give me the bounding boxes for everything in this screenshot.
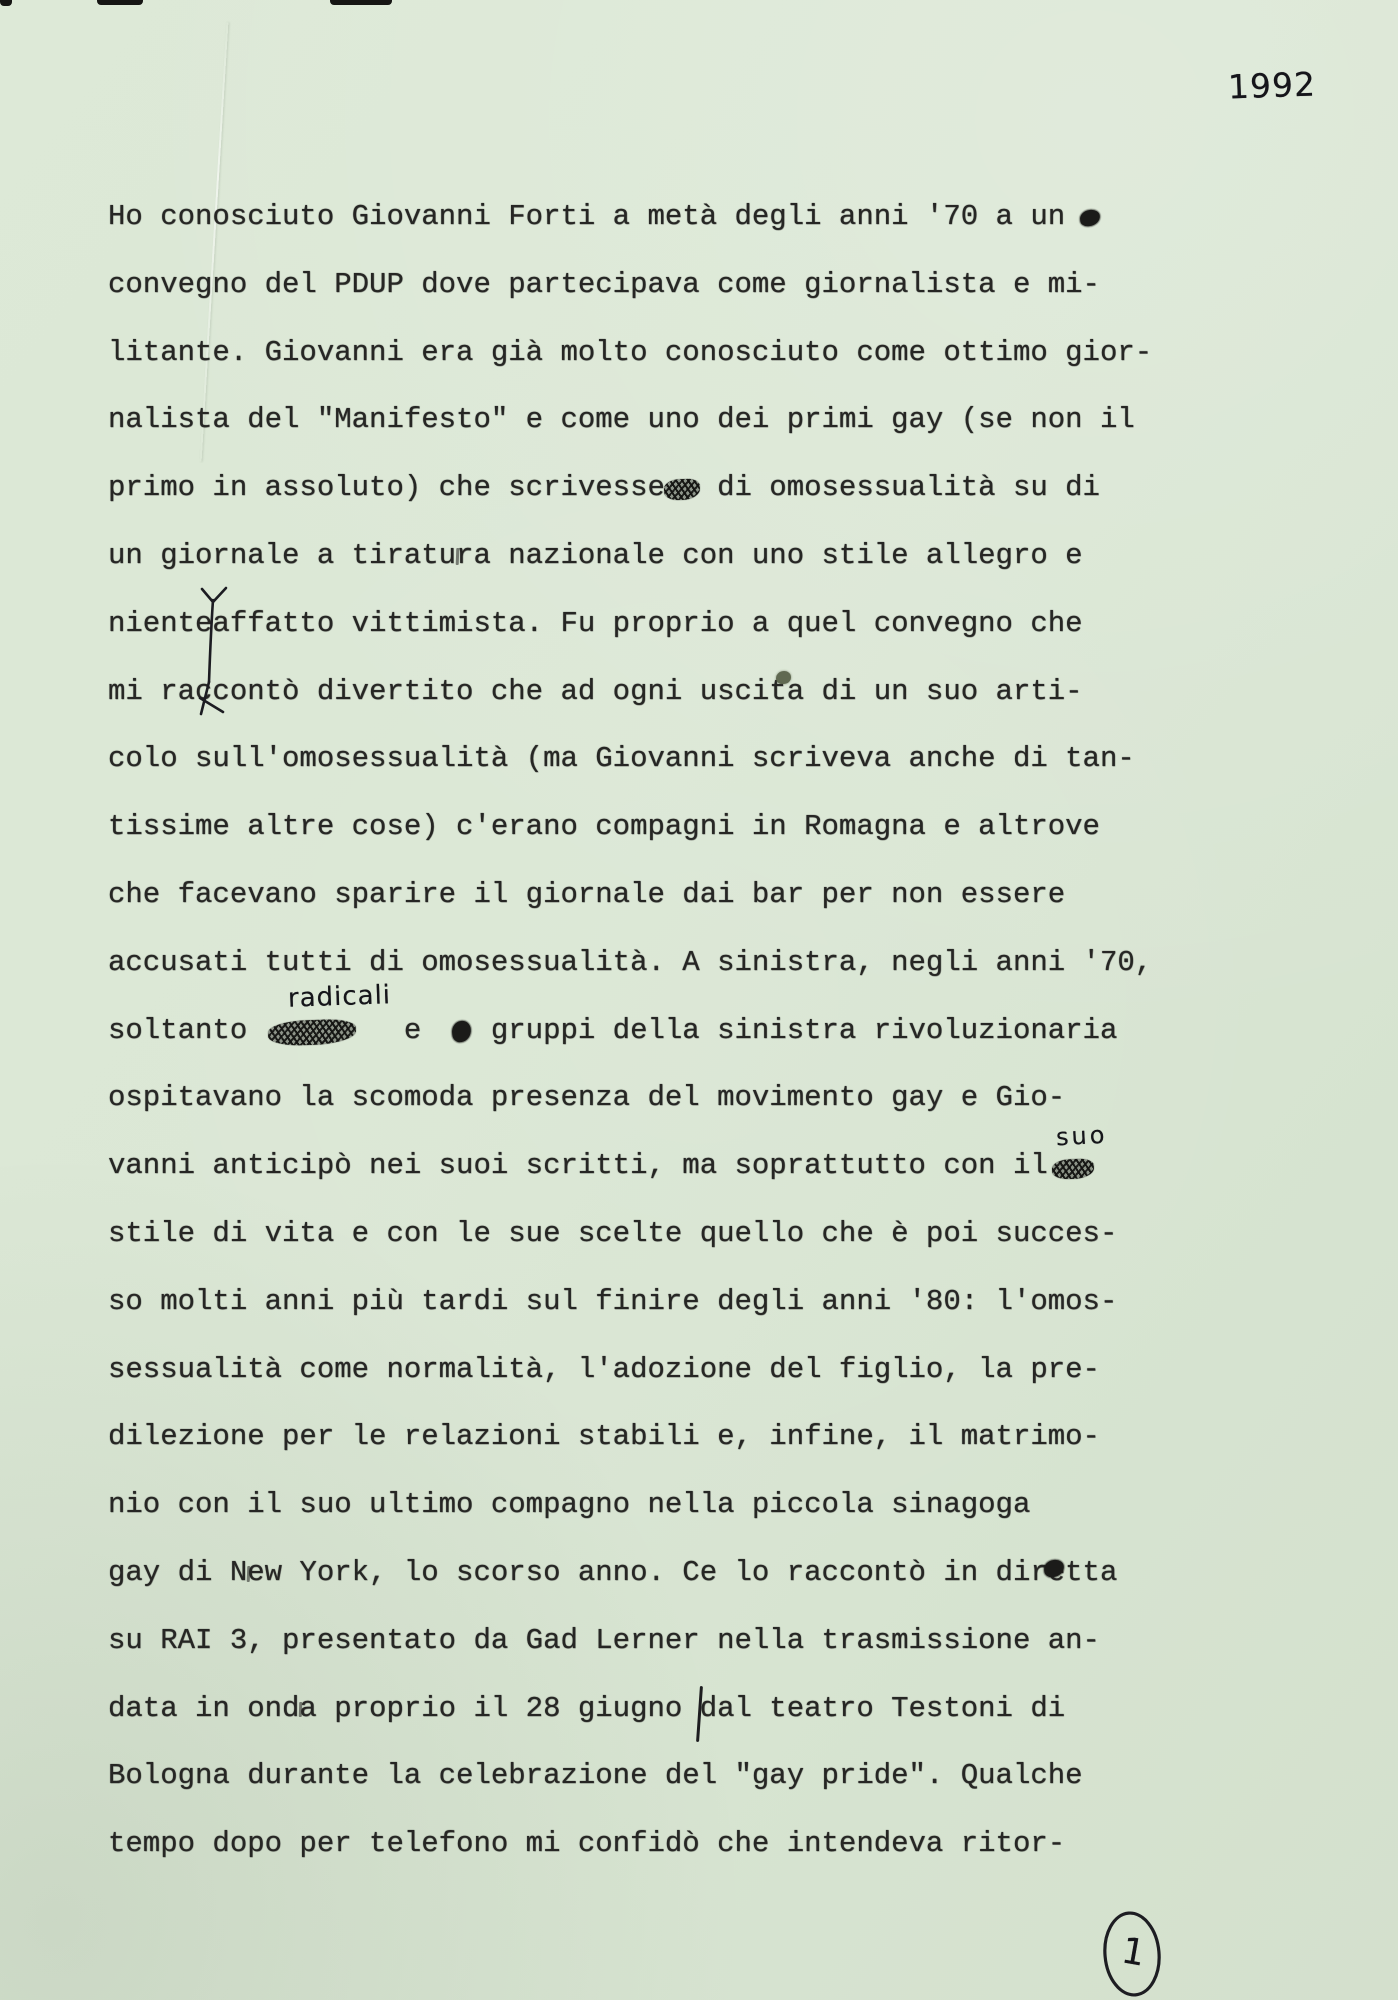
handwritten-page-number: 1 <box>1100 1908 1164 2000</box>
typed-line-24: Bologna durante la celebrazione del "gay… <box>108 1760 1083 1792</box>
typed-line-1: Ho conosciuto Giovanni Forti a metà degl… <box>108 201 1065 233</box>
typed-line-5: primo in assoluto) che scrivesse di omos… <box>108 472 1100 504</box>
typed-line-22: su RAI 3, presentato da Gad Lerner nella… <box>108 1625 1100 1657</box>
ink-mark-smudge <box>776 671 791 684</box>
typed-line-9: colo sull'omosessualità (ma Giovanni scr… <box>108 743 1135 775</box>
typed-line-12: accusati tutti di omosessualità. A sinis… <box>108 947 1152 979</box>
insertion-caret-strokes <box>196 584 232 720</box>
typed-line-19: dilezione per le relazioni stabili e, in… <box>108 1421 1100 1453</box>
typed-line-10: tissime altre cose) c'erano compagni in … <box>108 811 1100 843</box>
ink-mark-speck <box>0 0 12 6</box>
ink-mark-scribble <box>1052 1158 1095 1179</box>
ink-mark-ghost <box>299 1702 303 1717</box>
typed-line-25: tempo dopo per telefono mi confidò che i… <box>108 1828 1065 1860</box>
typed-line-18: sessualità come normalità, l'adozione de… <box>108 1354 1100 1386</box>
typed-line-23: data in onda proprio il 28 giugno dal te… <box>108 1693 1065 1725</box>
typed-line-14: ospitavano la scomoda presenza del movim… <box>108 1082 1065 1114</box>
typed-line-4: nalista del "Manifesto" e come uno dei p… <box>108 404 1135 436</box>
ink-mark-ghost <box>456 548 460 565</box>
scanned-typewritten-page: Ho conosciuto Giovanni Forti a metà degl… <box>0 0 1398 2000</box>
typed-line-8: mi raccontò divertito che ad ogni uscita… <box>108 676 1083 708</box>
typed-line-20: nio con il suo ultimo compagno nella pic… <box>108 1489 1030 1521</box>
typed-line-2: convegno del PDUP dove partecipava come … <box>108 269 1100 301</box>
typed-line-21: gay di New York, lo scorso anno. Ce lo r… <box>108 1557 1117 1589</box>
typed-line-13: soltanto e gruppi della sinistra rivoluz… <box>108 1015 1117 1047</box>
ink-mark-ghost <box>247 1566 251 1582</box>
handwritten-insertion-suo: suo <box>1055 1121 1108 1152</box>
handwritten-insertion-radicali: radicali <box>288 980 392 1014</box>
typed-line-11: che facevano sparire il giornale dai bar… <box>108 879 1065 911</box>
ink-mark-speck <box>330 0 392 5</box>
handwritten-year-annotation: 1992 <box>1227 64 1316 106</box>
ink-mark-blob <box>1079 209 1101 227</box>
typed-line-7: nienteaffatto vittimista. Fu proprio a q… <box>108 608 1083 640</box>
handwritten-insertion-caret-icon <box>196 584 232 720</box>
paper-crease <box>200 22 229 461</box>
typed-line-3: litante. Giovanni era già molto conosciu… <box>108 337 1152 369</box>
typed-line-6: un giornale a tiratura nazionale con uno… <box>108 540 1083 572</box>
ink-mark-speck <box>97 0 143 5</box>
typed-line-16: stile di vita e con le sue scelte quello… <box>108 1218 1117 1250</box>
typed-line-15: vanni anticipò nei suoi scritti, ma sopr… <box>108 1150 1048 1182</box>
typed-line-17: so molti anni più tardi sul finire degli… <box>108 1286 1117 1318</box>
